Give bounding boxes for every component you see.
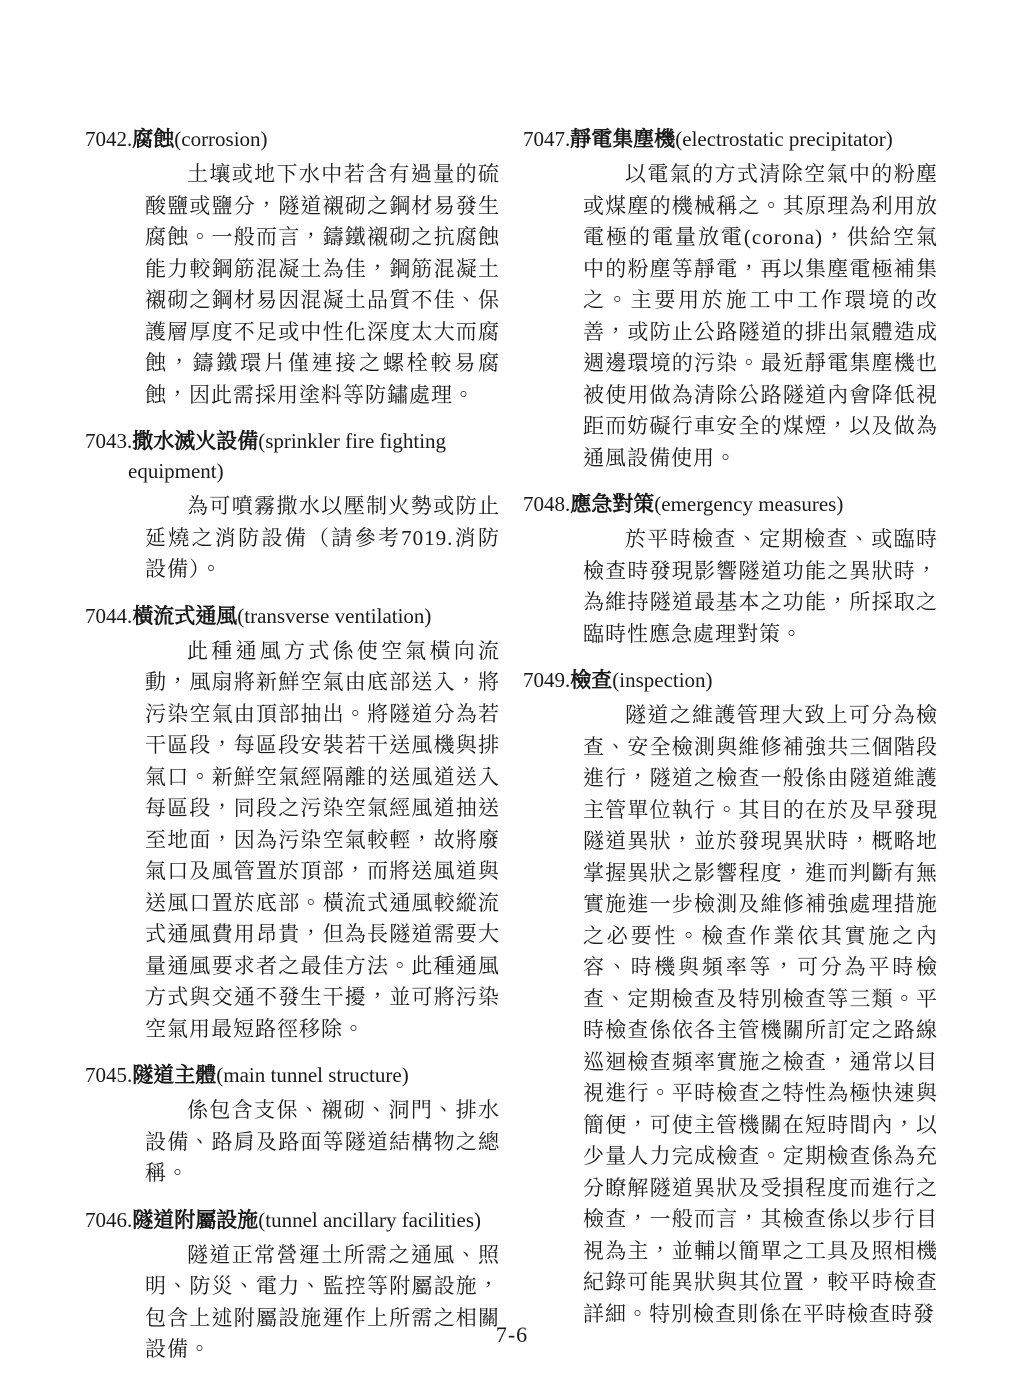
entry-number: 7045. (85, 1063, 132, 1087)
entry-heading: 7049.檢查(inspection) (523, 665, 938, 695)
entry-term-en: (emergency measures) (654, 492, 843, 516)
two-column-layout: 7042.腐蝕(corrosion) 土壤或地下水中若含有過量的硫酸鹽或鹽分，隧… (85, 124, 938, 1381)
entry-number: 7047. (523, 127, 570, 151)
glossary-entry-7045: 7045.隧道主體(main tunnel structure) 係包含支保、襯… (85, 1060, 500, 1190)
glossary-entry-7043: 7043.撒水滅火設備(sprinkler fire fighting equi… (85, 426, 500, 586)
entry-definition: 隧道之維護管理大致上可分為檢查、安全檢測與維修補強共三個階段進行，隧道之檢查一般… (583, 700, 938, 1330)
entry-heading: 7046.隧道附屬設施(tunnel ancillary facilities) (85, 1205, 500, 1235)
entry-term-zh: 靜電集塵機 (570, 127, 675, 151)
glossary-entry-7047: 7047.靜電集塵機(electrostatic precipitator) 以… (523, 124, 938, 474)
entry-term-zh: 應急對策 (570, 492, 654, 516)
glossary-entry-7049: 7049.檢查(inspection) 隧道之維護管理大致上可分為檢查、安全檢測… (523, 665, 938, 1330)
entry-term-zh: 隧道附屬設施 (132, 1208, 258, 1232)
entry-term-zh: 腐蝕 (132, 127, 174, 151)
entry-definition: 為可噴霧撒水以壓制火勢或防止延燒之消防設備（請參考7019.消防設備）。 (145, 491, 500, 586)
entry-heading: 7044.橫流式通風(transverse ventilation) (85, 601, 500, 631)
entry-number: 7044. (85, 604, 132, 628)
entry-term-zh: 隧道主體 (132, 1063, 216, 1087)
entry-term-en: (inspection) (612, 668, 712, 692)
entry-number: 7049. (523, 668, 570, 692)
entry-term-en: (transverse ventilation) (237, 604, 431, 628)
entry-number: 7046. (85, 1208, 132, 1232)
entry-definition: 於平時檢查、定期檢查、或臨時檢查時發現影響隧道功能之異狀時，為維持隧道最基本之功… (583, 524, 938, 650)
entry-term-en: (main tunnel structure) (216, 1063, 408, 1087)
entry-definition: 此種通風方式係使空氣橫向流動，風扇將新鮮空氣由底部送入，將污染空氣由頂部抽出。將… (145, 636, 500, 1046)
entry-term-en: (electrostatic precipitator) (675, 127, 892, 151)
right-column: 7047.靜電集塵機(electrostatic precipitator) 以… (523, 124, 938, 1381)
entry-term-zh: 檢查 (570, 668, 612, 692)
entry-term-en: (tunnel ancillary facilities) (258, 1208, 481, 1232)
glossary-entry-7044: 7044.橫流式通風(transverse ventilation) 此種通風方… (85, 601, 500, 1046)
entry-term-zh: 撒水滅火設備 (132, 429, 258, 453)
entry-number: 7042. (85, 127, 132, 151)
entry-term-en: (corrosion) (174, 127, 267, 151)
left-column: 7042.腐蝕(corrosion) 土壤或地下水中若含有過量的硫酸鹽或鹽分，隧… (85, 124, 500, 1381)
entry-heading: 7043.撒水滅火設備(sprinkler fire fighting equi… (85, 426, 500, 486)
entry-heading: 7048.應急對策(emergency measures) (523, 489, 938, 519)
glossary-entry-7042: 7042.腐蝕(corrosion) 土壤或地下水中若含有過量的硫酸鹽或鹽分，隧… (85, 124, 500, 411)
entry-definition: 係包含支保、襯砌、洞門、排水設備、路肩及路面等隧道結構物之總稱。 (145, 1095, 500, 1190)
entry-definition: 土壤或地下水中若含有過量的硫酸鹽或鹽分，隧道襯砌之鋼材易發生腐蝕。一般而言，鑄鐵… (145, 159, 500, 411)
entry-number: 7043. (85, 429, 132, 453)
entry-number: 7048. (523, 492, 570, 516)
entry-definition: 以電氣的方式清除空氣中的粉塵或煤塵的機械稱之。其原理為利用放電極的電量放電(co… (583, 159, 938, 474)
entry-heading: 7042.腐蝕(corrosion) (85, 124, 500, 154)
glossary-entry-7048: 7048.應急對策(emergency measures) 於平時檢查、定期檢查… (523, 489, 938, 650)
entry-heading: 7047.靜電集塵機(electrostatic precipitator) (523, 124, 938, 154)
page-number: 7-6 (0, 1322, 1024, 1348)
entry-term-zh: 橫流式通風 (132, 604, 237, 628)
entry-heading: 7045.隧道主體(main tunnel structure) (85, 1060, 500, 1090)
document-page: 7042.腐蝕(corrosion) 土壤或地下水中若含有過量的硫酸鹽或鹽分，隧… (0, 0, 1024, 1400)
